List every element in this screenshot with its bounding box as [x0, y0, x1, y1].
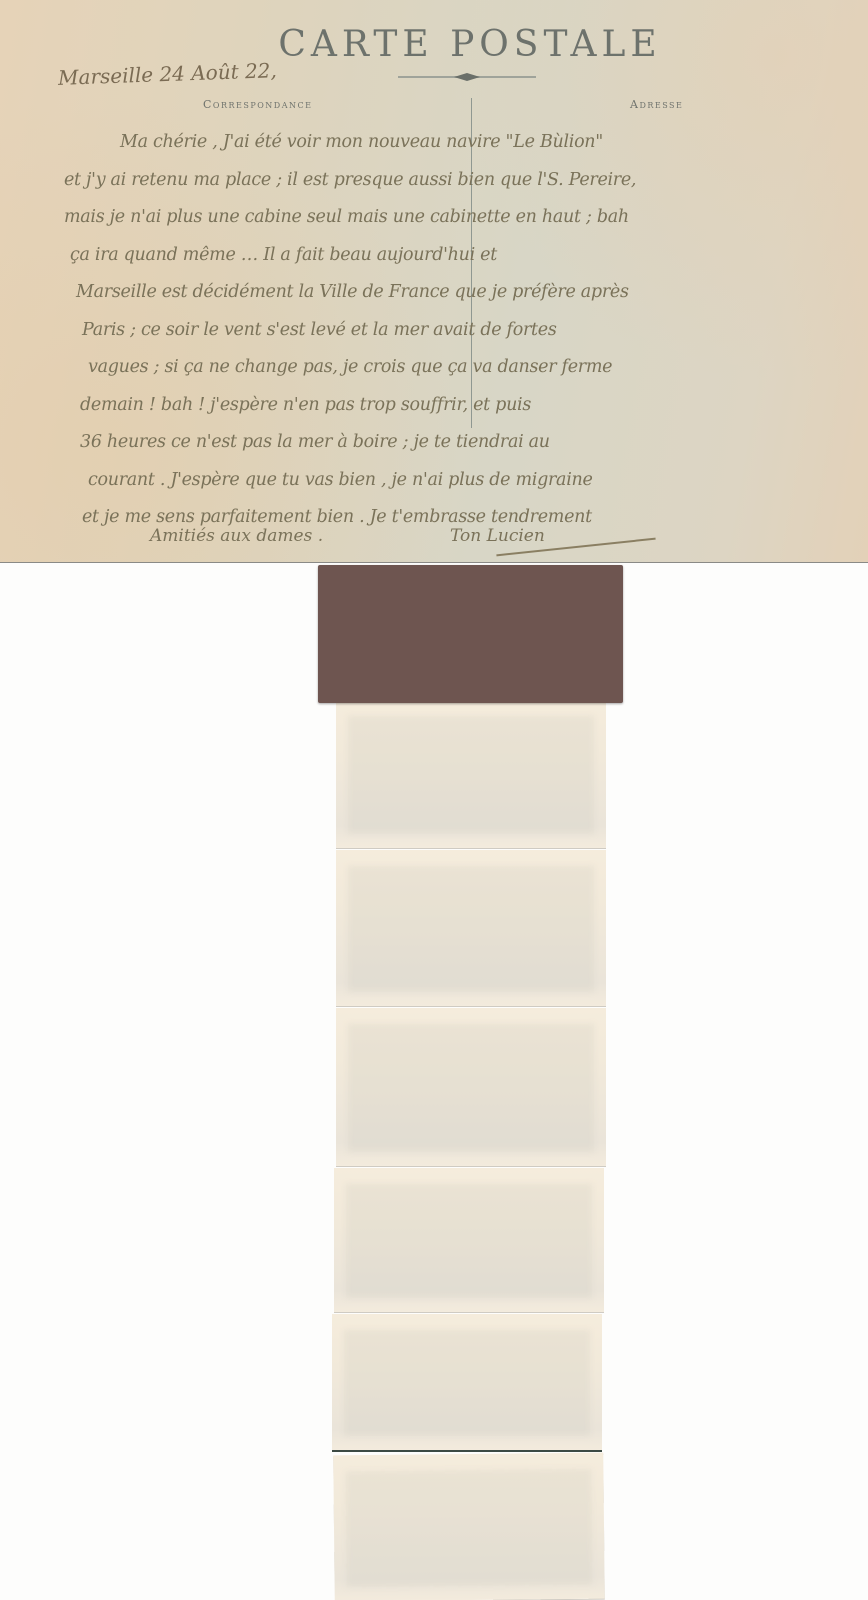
label-correspondence: Correspondance	[203, 98, 312, 111]
signoff: Amitiés aux dames .	[150, 526, 323, 546]
faded-image	[346, 1184, 592, 1298]
letter-line: et j'y ai retenu ma place ; il est presq…	[64, 162, 854, 200]
letter-line: vagues ; si ça ne change pas, je crois q…	[88, 349, 854, 387]
strip-panel-5	[332, 1314, 602, 1450]
letter-line: Marseille est décidément la Ville de Fra…	[76, 274, 854, 312]
postcard: CARTE POSTALE Marseille 24 Août 22, Corr…	[0, 0, 868, 562]
faded-image	[348, 716, 594, 834]
strip-panel-4	[334, 1168, 604, 1312]
brown-cover-tab	[318, 565, 623, 703]
ornament-divider	[398, 76, 536, 78]
faded-image	[344, 1330, 590, 1436]
strip-panel-6	[333, 1453, 605, 1600]
postcard-title: CARTE POSTALE	[0, 24, 868, 65]
folded-view-strip	[336, 700, 606, 1600]
signature-text: Ton Lucien	[450, 526, 545, 546]
letter-line: Paris ; ce soir le vent s'est levé et la…	[82, 312, 854, 350]
letter-line: 36 heures ce n'est pas la mer à boire ; …	[80, 424, 854, 462]
letter-line: Ma chérie , J'ai été voir mon nouveau na…	[84, 124, 854, 162]
strip-panel-2	[336, 850, 606, 1006]
strip-panel-3	[336, 1008, 606, 1166]
letter-line: ça ira quand même … Il a fait beau aujou…	[70, 237, 854, 275]
faded-image	[348, 866, 594, 992]
letter-line: mais je n'ai plus une cabine seul mais u…	[64, 199, 854, 237]
signature: Ton Lucien	[450, 526, 545, 546]
label-address: Adresse	[630, 98, 683, 111]
strip-panel-1	[336, 700, 606, 848]
faded-image	[345, 1469, 592, 1588]
letter-line: courant . J'espère que tu vas bien , je …	[88, 462, 854, 500]
handwritten-letter: Ma chérie , J'ai été voir mon nouveau na…	[84, 124, 854, 537]
faded-image	[348, 1024, 594, 1152]
letter-line: demain ! bah ! j'espère n'en pas trop so…	[80, 387, 854, 425]
